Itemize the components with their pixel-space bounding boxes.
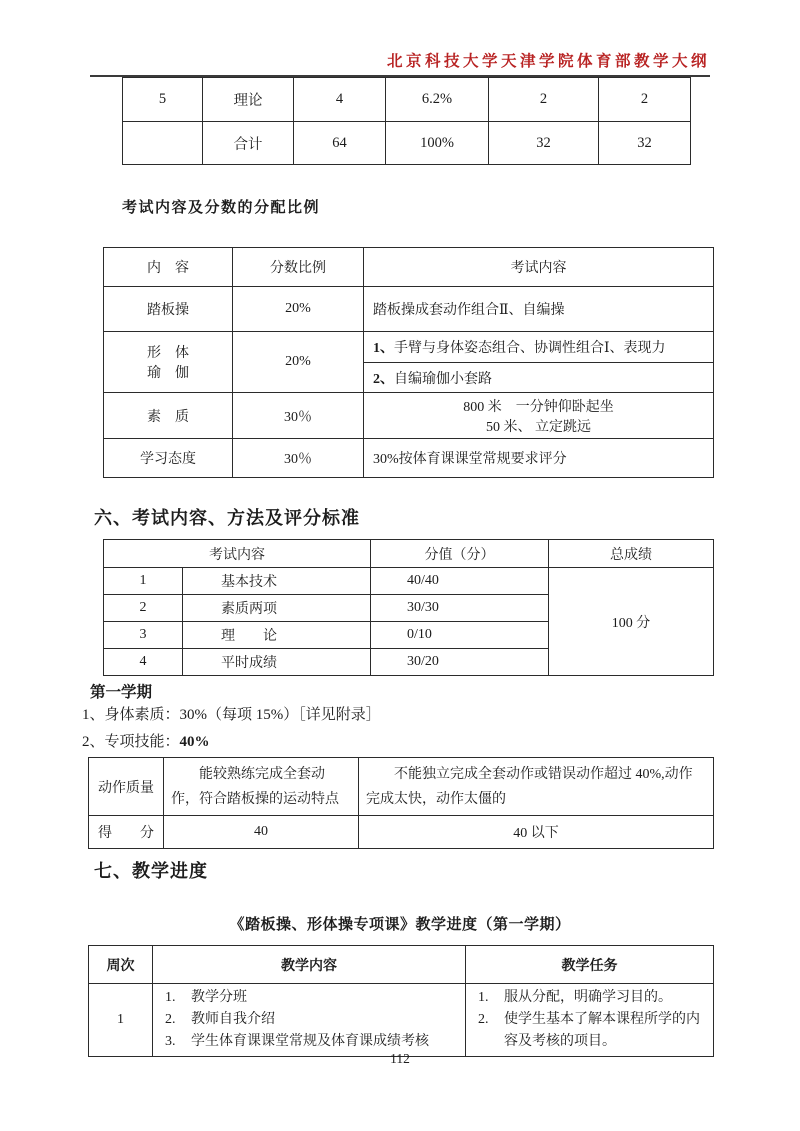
table-row: 1 基本技术 40/40 100 分	[104, 568, 714, 595]
item-number: 2.	[478, 1009, 504, 1053]
table-cell: 2	[599, 78, 691, 122]
row-header: 得 分	[89, 816, 164, 849]
contents-cell: 1.教学分班 2.教师自我介绍 3.学生体育课课堂常规及体育课成绩考核	[153, 984, 466, 1057]
table-row: 形 体瑜 伽 20% 1、手臂与身体姿态组合、协调性组合Ⅰ、表现力	[104, 332, 714, 363]
table-cell: 6.2%	[386, 78, 489, 122]
table-cell: 3	[104, 622, 183, 649]
item-number: 2、	[373, 372, 394, 387]
table-cell: 不能独立完成全套动作或错误动作超过 40%,动作完成太快，动作太僵的	[359, 758, 714, 816]
column-header: 考试内容	[104, 540, 371, 568]
table-header-row: 周次 教学内容 教学任务	[89, 946, 714, 984]
item-text: 使学生基本了解本课程所学的内容及考核的项目。	[504, 1009, 709, 1053]
item-value: 40%	[180, 734, 210, 750]
table-cell: 800 米 一分钟仰卧起坐50 米、 立定跳远	[364, 393, 714, 439]
schedule-table: 周次 教学内容 教学任务 1 1.教学分班 2.教师自我介绍 3.学生体育课课堂…	[88, 945, 714, 1057]
table-cell: 素质两项	[183, 595, 371, 622]
table-cell: 40/40	[371, 568, 549, 595]
column-header: 总成绩	[549, 540, 714, 568]
item-number: 1.	[478, 987, 504, 1009]
table-cell	[123, 122, 203, 165]
table-cell: 20%	[233, 332, 364, 393]
item-text: 服从分配，明确学习目的。	[504, 987, 709, 1009]
table-cell: 基本技术	[183, 568, 371, 595]
table-cell: 2	[489, 78, 599, 122]
table-header-row: 考试内容 分值（分） 总成绩	[104, 540, 714, 568]
list-item: 1.教学分班	[165, 987, 461, 1009]
table-cell: 平时成绩	[183, 649, 371, 676]
table-cell: 2、自编瑜伽小套路	[364, 363, 714, 393]
list-item: 2.教师自我介绍	[165, 1009, 461, 1031]
semester-item-2: 2、专项技能：40%	[82, 730, 210, 751]
column-header: 教学任务	[466, 946, 714, 984]
table-cell: 32	[599, 122, 691, 165]
table-cell: 30/30	[371, 595, 549, 622]
column-header: 内 容	[104, 248, 233, 287]
table-row: 动作质量 能较熟练完成全套动作，符合踏板操的运动特点 不能独立完成全套动作或错误…	[89, 758, 714, 816]
item-number: 3.	[165, 1031, 191, 1053]
table-row: 素 质 30％ 800 米 一分钟仰卧起坐50 米、 立定跳远	[104, 393, 714, 439]
item-number: 2.	[165, 1009, 191, 1031]
section6-heading: 六、考试内容、方法及评分标准	[94, 504, 360, 530]
cell-line: 800 米 一分钟仰卧起坐	[364, 396, 713, 416]
table-cell: 2	[104, 595, 183, 622]
item-text: 教学分班	[191, 987, 461, 1009]
column-header: 考试内容	[364, 248, 714, 287]
item-text: 教师自我介绍	[191, 1009, 461, 1031]
week-cell: 1	[89, 984, 153, 1057]
document-header-title: 北京科技大学天津学院体育部教学大纲	[387, 49, 710, 71]
column-header: 分值（分）	[371, 540, 549, 568]
item-label: 2、专项技能：	[82, 734, 180, 750]
table-cell: 30/20	[371, 649, 549, 676]
total-score-cell: 100 分	[549, 568, 714, 676]
column-header: 分数比例	[233, 248, 364, 287]
table-row: 合计 64 100% 32 32	[123, 122, 691, 165]
row-header: 动作质量	[89, 758, 164, 816]
table-row: 5 理论 4 6.2% 2 2	[123, 78, 691, 122]
table-cell: 32	[489, 122, 599, 165]
table-cell: 0/10	[371, 622, 549, 649]
table-cell: 合计	[203, 122, 294, 165]
item-number: 1、	[373, 341, 394, 356]
cell-line: 50 米、 立定跳远	[364, 416, 713, 436]
table-cell: 能较熟练完成全套动作，符合踏板操的运动特点	[164, 758, 359, 816]
table-header-row: 内 容 分数比例 考试内容	[104, 248, 714, 287]
hours-summary-table: 5 理论 4 6.2% 2 2 合计 64 100% 32 32	[122, 77, 691, 165]
table-cell: 理论	[203, 78, 294, 122]
table-row: 学习态度 30％ 30%按体育课课堂常规要求评分	[104, 439, 714, 478]
table-cell: 5	[123, 78, 203, 122]
table-cell: 40 以下	[359, 816, 714, 849]
item-text: 手臂与身体姿态组合、协调性组合Ⅰ、表现力	[394, 341, 666, 356]
table-cell: 形 体瑜 伽	[104, 332, 233, 393]
table-cell: 4	[104, 649, 183, 676]
document-page: 北京科技大学天津学院体育部教学大纲 5 理论 4 6.2% 2 2 合计 64 …	[0, 0, 800, 1131]
item-number: 1.	[165, 987, 191, 1009]
table-cell: 素 质	[104, 393, 233, 439]
table-cell: 40	[164, 816, 359, 849]
table-row: 1 1.教学分班 2.教师自我介绍 3.学生体育课课堂常规及体育课成绩考核 1.…	[89, 984, 714, 1057]
table-cell: 学习态度	[104, 439, 233, 478]
table-cell: 100%	[386, 122, 489, 165]
page-number: 112	[0, 1051, 800, 1067]
list-item: 3.学生体育课课堂常规及体育课成绩考核	[165, 1031, 461, 1053]
table-cell: 1	[104, 568, 183, 595]
semester-title: 第一学期	[90, 680, 152, 702]
item-text: 自编瑜伽小套路	[394, 372, 492, 387]
table-row: 踏板操 20% 踏板操成套动作组合Ⅱ、自编操	[104, 287, 714, 332]
list-item: 2.使学生基本了解本课程所学的内容及考核的项目。	[478, 1009, 709, 1053]
quality-table: 动作质量 能较熟练完成全套动作，符合踏板操的运动特点 不能独立完成全套动作或错误…	[88, 757, 714, 849]
section7-heading: 七、教学进度	[94, 857, 208, 883]
semester-item-1: 1、身体素质：30%（每项 15%）［详见附录］	[82, 703, 381, 724]
exam-ratio-table: 内 容 分数比例 考试内容 踏板操 20% 踏板操成套动作组合Ⅱ、自编操 形 体…	[103, 247, 714, 478]
cell-line: 瑜 伽	[104, 362, 232, 382]
table-cell: 踏板操	[104, 287, 233, 332]
table-cell: 1、手臂与身体姿态组合、协调性组合Ⅰ、表现力	[364, 332, 714, 363]
list-item: 1.服从分配，明确学习目的。	[478, 987, 709, 1009]
column-header: 周次	[89, 946, 153, 984]
table-cell: 4	[294, 78, 386, 122]
exam-ratio-heading: 考试内容及分数的分配比例	[122, 196, 320, 217]
table-cell: 20%	[233, 287, 364, 332]
grading-table: 考试内容 分值（分） 总成绩 1 基本技术 40/40 100 分 2 素质两项…	[103, 539, 714, 676]
table-cell: 30％	[233, 439, 364, 478]
table-cell: 64	[294, 122, 386, 165]
schedule-title: 《踏板操、形体操专项课》教学进度（第一学期）	[0, 913, 800, 934]
table-row: 得 分 40 40 以下	[89, 816, 714, 849]
column-header: 教学内容	[153, 946, 466, 984]
table-cell: 30%按体育课课堂常规要求评分	[364, 439, 714, 478]
item-text: 学生体育课课堂常规及体育课成绩考核	[191, 1031, 461, 1053]
cell-line: 形 体	[104, 342, 232, 362]
table-cell: 30％	[233, 393, 364, 439]
table-cell: 理 论	[183, 622, 371, 649]
table-cell: 踏板操成套动作组合Ⅱ、自编操	[364, 287, 714, 332]
tasks-cell: 1.服从分配，明确学习目的。 2.使学生基本了解本课程所学的内容及考核的项目。	[466, 984, 714, 1057]
